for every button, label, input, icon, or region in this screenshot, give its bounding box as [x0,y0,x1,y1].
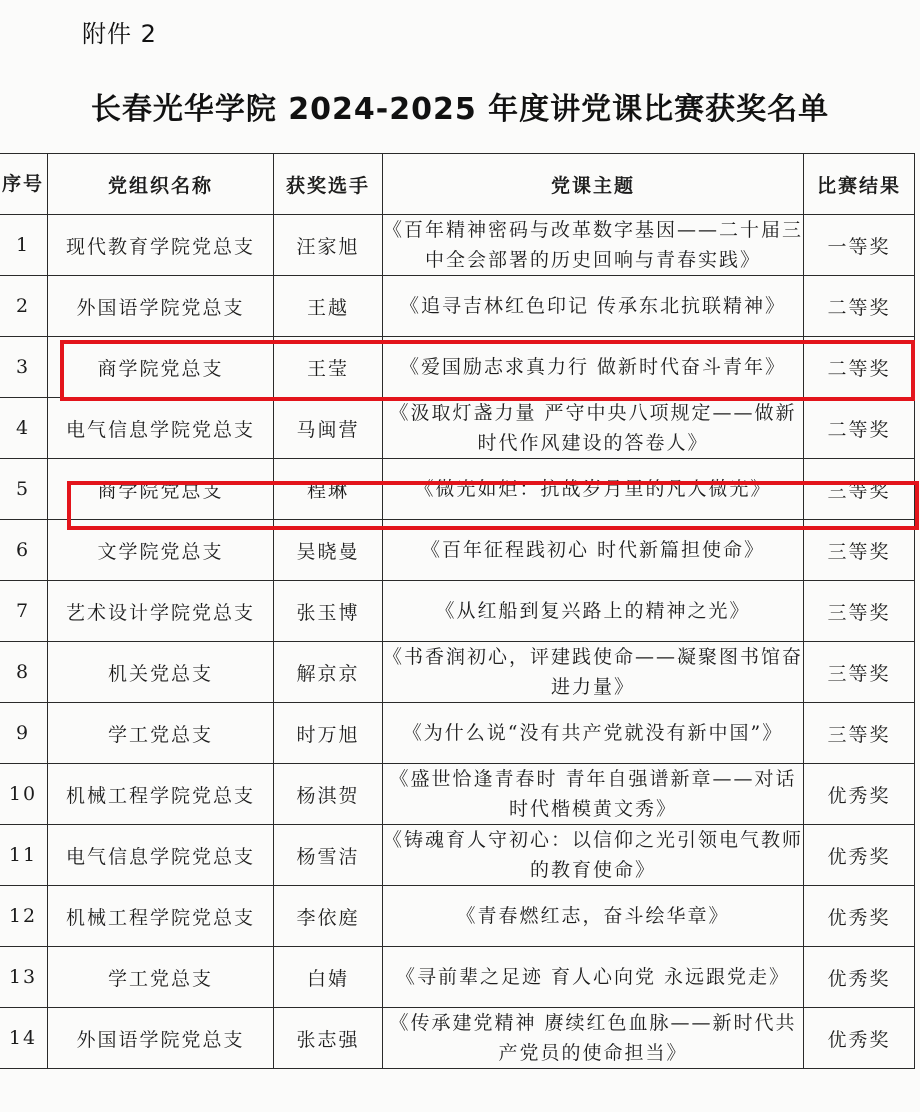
table-row: 3 商学院党总支 王莹 《爱国励志求真力行 做新时代奋斗青年》 二等奖 [0,337,915,398]
column-header-winner: 获奖选手 [274,154,383,215]
competition-result: 二等奖 [804,276,915,337]
row-number: 4 [0,398,48,459]
winner-name: 张玉博 [274,581,383,642]
winner-name: 李依庭 [274,886,383,947]
competition-result: 优秀奖 [804,825,915,886]
party-org-name: 现代教育学院党总支 [48,215,274,276]
lecture-topic: 《盛世恰逢青春时 青年自强谱新章——对话时代楷模黄文秀》 [383,764,804,825]
winner-name: 张志强 [274,1008,383,1069]
winner-name: 汪家旭 [274,215,383,276]
competition-result: 三等奖 [804,581,915,642]
lecture-topic: 《从红船到复兴路上的精神之光》 [383,581,804,642]
table-row: 4 电气信息学院党总支 马闽营 《汲取灯盏力量 严守中央八项规定——做新时代作风… [0,398,915,459]
row-number: 7 [0,581,48,642]
attachment-label: 附件 2 [82,14,157,49]
party-org-name: 外国语学院党总支 [48,276,274,337]
column-header-topic: 党课主题 [383,154,804,215]
awards-table: 序号 党组织名称 获奖选手 党课主题 比赛结果 1 现代教育学院党总支 汪家旭 … [0,153,915,1069]
party-org-name: 商学院党总支 [48,337,274,398]
competition-result: 三等奖 [804,459,915,520]
column-header-org: 党组织名称 [48,154,274,215]
party-org-name: 电气信息学院党总支 [48,398,274,459]
winner-name: 杨淇贺 [274,764,383,825]
competition-result: 优秀奖 [804,764,915,825]
document-title: 长春光华学院 2024-2025 年度讲党课比赛获奖名单 [0,84,920,128]
party-org-name: 电气信息学院党总支 [48,825,274,886]
lecture-topic: 《微光如炬：抗战岁月里的凡人微光》 [383,459,804,520]
table-row: 12 机械工程学院党总支 李依庭 《青春燃红志，奋斗绘华章》 优秀奖 [0,886,915,947]
winner-name: 解京京 [274,642,383,703]
winner-name: 程琳 [274,459,383,520]
row-number: 1 [0,215,48,276]
table-row: 6 文学院党总支 吴晓曼 《百年征程践初心 时代新篇担使命》 三等奖 [0,520,915,581]
party-org-name: 艺术设计学院党总支 [48,581,274,642]
winner-name: 吴晓曼 [274,520,383,581]
row-number: 9 [0,703,48,764]
table-row: 5 商学院党总支 程琳 《微光如炬：抗战岁月里的凡人微光》 三等奖 [0,459,915,520]
row-number: 3 [0,337,48,398]
lecture-topic: 《青春燃红志，奋斗绘华章》 [383,886,804,947]
party-org-name: 学工党总支 [48,947,274,1008]
party-org-name: 文学院党总支 [48,520,274,581]
competition-result: 一等奖 [804,215,915,276]
table-row: 7 艺术设计学院党总支 张玉博 《从红船到复兴路上的精神之光》 三等奖 [0,581,915,642]
competition-result: 三等奖 [804,520,915,581]
party-org-name: 外国语学院党总支 [48,1008,274,1069]
row-number: 2 [0,276,48,337]
lecture-topic: 《传承建党精神 赓续红色血脉——新时代共产党员的使命担当》 [383,1008,804,1069]
table-row: 8 机关党总支 解京京 《书香润初心，评建践使命——凝聚图书馆奋进力量》 三等奖 [0,642,915,703]
table-row: 11 电气信息学院党总支 杨雪洁 《铸魂育人守初心：以信仰之光引领电气教师的教育… [0,825,915,886]
party-org-name: 机械工程学院党总支 [48,764,274,825]
winner-name: 白婧 [274,947,383,1008]
column-header-no: 序号 [0,154,48,215]
column-header-result: 比赛结果 [804,154,915,215]
competition-result: 优秀奖 [804,947,915,1008]
table-row: 9 学工党总支 时万旭 《为什么说“没有共产党就没有新中国”》 三等奖 [0,703,915,764]
table-header-row: 序号 党组织名称 获奖选手 党课主题 比赛结果 [0,154,915,215]
lecture-topic: 《汲取灯盏力量 严守中央八项规定——做新时代作风建设的答卷人》 [383,398,804,459]
table-row: 14 外国语学院党总支 张志强 《传承建党精神 赓续红色血脉——新时代共产党员的… [0,1008,915,1069]
winner-name: 杨雪洁 [274,825,383,886]
competition-result: 优秀奖 [804,886,915,947]
lecture-topic: 《百年精神密码与改革数字基因——二十届三中全会部署的历史回响与青春实践》 [383,215,804,276]
winner-name: 王莹 [274,337,383,398]
lecture-topic: 《为什么说“没有共产党就没有新中国”》 [383,703,804,764]
winner-name: 时万旭 [274,703,383,764]
row-number: 8 [0,642,48,703]
row-number: 5 [0,459,48,520]
winner-name: 马闽营 [274,398,383,459]
row-number: 13 [0,947,48,1008]
lecture-topic: 《追寻吉林红色印记 传承东北抗联精神》 [383,276,804,337]
lecture-topic: 《爱国励志求真力行 做新时代奋斗青年》 [383,337,804,398]
row-number: 11 [0,825,48,886]
party-org-name: 机关党总支 [48,642,274,703]
competition-result: 二等奖 [804,398,915,459]
table-row: 2 外国语学院党总支 王越 《追寻吉林红色印记 传承东北抗联精神》 二等奖 [0,276,915,337]
row-number: 14 [0,1008,48,1069]
table-row: 1 现代教育学院党总支 汪家旭 《百年精神密码与改革数字基因——二十届三中全会部… [0,215,915,276]
table-row: 13 学工党总支 白婧 《寻前辈之足迹 育人心向党 永远跟党走》 优秀奖 [0,947,915,1008]
competition-result: 优秀奖 [804,1008,915,1069]
lecture-topic: 《百年征程践初心 时代新篇担使命》 [383,520,804,581]
competition-result: 二等奖 [804,337,915,398]
party-org-name: 机械工程学院党总支 [48,886,274,947]
lecture-topic: 《寻前辈之足迹 育人心向党 永远跟党走》 [383,947,804,1008]
lecture-topic: 《铸魂育人守初心：以信仰之光引领电气教师的教育使命》 [383,825,804,886]
party-org-name: 商学院党总支 [48,459,274,520]
competition-result: 三等奖 [804,703,915,764]
competition-result: 三等奖 [804,642,915,703]
lecture-topic: 《书香润初心，评建践使命——凝聚图书馆奋进力量》 [383,642,804,703]
row-number: 10 [0,764,48,825]
row-number: 12 [0,886,48,947]
table-row: 10 机械工程学院党总支 杨淇贺 《盛世恰逢青春时 青年自强谱新章——对话时代楷… [0,764,915,825]
winner-name: 王越 [274,276,383,337]
party-org-name: 学工党总支 [48,703,274,764]
row-number: 6 [0,520,48,581]
